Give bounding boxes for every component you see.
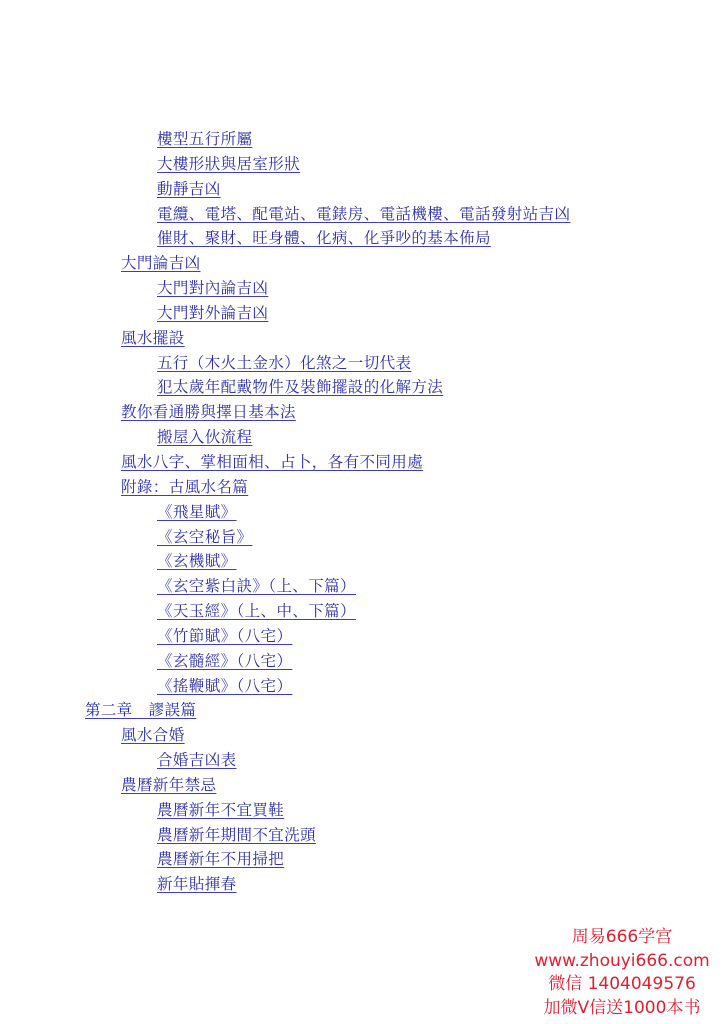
toc-section: 農曆新年禁忌	[0, 773, 724, 798]
toc-entry: 大樓形狀與居室形狀	[0, 152, 724, 177]
toc-section: 風水擺設	[0, 326, 724, 351]
toc-section-link[interactable]: 風水八字、掌相面相、占卜，各有不同用處	[121, 450, 423, 475]
toc-link[interactable]: 農曆新年不用掃把	[157, 847, 284, 872]
toc-entry: 五行（木火土金水）化煞之一切代表	[0, 351, 724, 376]
toc-link[interactable]: 農曆新年期間不宜洗頭	[157, 823, 316, 848]
toc-section: 大門論吉凶	[0, 251, 724, 276]
toc-link[interactable]: 大門對外論吉凶	[157, 301, 268, 326]
toc-link[interactable]: 《玄髓經》（八宅）	[157, 649, 292, 674]
toc-link[interactable]: 農曆新年不宜買鞋	[157, 798, 284, 823]
toc-entry: 農曆新年期間不宜洗頭	[0, 823, 724, 848]
toc-section: 教你看通勝與擇日基本法	[0, 400, 724, 425]
toc-section: 附錄：古風水名篇	[0, 475, 724, 500]
toc-section-link[interactable]: 附錄：古風水名篇	[121, 475, 248, 500]
toc-link[interactable]: 《竹節賦》（八宅）	[157, 624, 292, 649]
table-of-contents: 樓型五行所屬 大樓形狀與居室形狀 動靜吉凶 電纜、電塔、配電站、電錶房、電話機樓…	[0, 127, 724, 897]
toc-link[interactable]: 合婚吉凶表	[157, 748, 237, 773]
toc-section-link[interactable]: 風水擺設	[121, 326, 185, 351]
toc-link[interactable]: 大樓形狀與居室形狀	[157, 152, 300, 177]
toc-entry: 催財、聚財、旺身體、化病、化爭吵的基本佈局	[0, 226, 724, 251]
toc-link[interactable]: 《玄機賦》	[157, 549, 237, 574]
toc-section-link[interactable]: 農曆新年禁忌	[121, 773, 216, 798]
toc-entry: 《玄空紫白訣》（上、下篇）	[0, 574, 724, 599]
toc-entry: 《玄機賦》	[0, 549, 724, 574]
toc-entry: 大門對內論吉凶	[0, 276, 724, 301]
toc-entry: 《竹節賦》（八宅）	[0, 624, 724, 649]
toc-entry: 《搖鞭賦》（八宅）	[0, 674, 724, 699]
toc-entry: 《飛星賦》	[0, 500, 724, 525]
toc-entry: 《玄髓經》（八宅）	[0, 649, 724, 674]
chapter-heading-link[interactable]: 第二章 謬誤篇	[85, 698, 196, 723]
toc-link[interactable]: 《飛星賦》	[157, 500, 237, 525]
watermark-promo: 加微V信送1000本书	[520, 997, 724, 1021]
toc-entry: 搬屋入伙流程	[0, 425, 724, 450]
toc-link[interactable]: 電纜、電塔、配電站、電錶房、電話機樓、電話發射站吉凶	[157, 202, 570, 227]
toc-entry: 合婚吉凶表	[0, 748, 724, 773]
watermark-title: 周易666学宫	[520, 926, 724, 950]
toc-section: 風水八字、掌相面相、占卜，各有不同用處	[0, 450, 724, 475]
toc-link[interactable]: 樓型五行所屬	[157, 127, 252, 152]
toc-link[interactable]: 動靜吉凶	[157, 177, 221, 202]
toc-link[interactable]: 催財、聚財、旺身體、化病、化爭吵的基本佈局	[157, 226, 491, 251]
toc-entry: 犯太歲年配戴物件及裝飾擺設的化解方法	[0, 375, 724, 400]
toc-section: 風水合婚	[0, 723, 724, 748]
toc-entry: 電纜、電塔、配電站、電錶房、電話機樓、電話發射站吉凶	[0, 202, 724, 227]
toc-link[interactable]: 《玄空紫白訣》（上、下篇）	[157, 574, 356, 599]
toc-entry: 農曆新年不宜買鞋	[0, 798, 724, 823]
toc-entry: 農曆新年不用掃把	[0, 847, 724, 872]
toc-entry: 樓型五行所屬	[0, 127, 724, 152]
watermark-wechat: 微信 1404049576	[520, 973, 724, 997]
watermark: 周易666学宫 www.zhouyi666.com 微信 1404049576 …	[520, 926, 724, 1020]
toc-entry: 動靜吉凶	[0, 177, 724, 202]
toc-entry: 《玄空秘旨》	[0, 525, 724, 550]
toc-link[interactable]: 《玄空秘旨》	[157, 525, 252, 550]
toc-link[interactable]: 五行（木火土金水）化煞之一切代表	[157, 351, 411, 376]
toc-link[interactable]: 《搖鞭賦》（八宅）	[157, 674, 292, 699]
toc-entry: 新年貼揮春	[0, 872, 724, 897]
toc-link[interactable]: 《天玉經》（上、中、下篇）	[157, 599, 356, 624]
watermark-url: www.zhouyi666.com	[520, 950, 724, 974]
toc-link[interactable]: 新年貼揮春	[157, 872, 237, 897]
toc-link[interactable]: 搬屋入伙流程	[157, 425, 252, 450]
toc-section-link[interactable]: 教你看通勝與擇日基本法	[121, 400, 296, 425]
toc-section-link[interactable]: 大門論吉凶	[121, 251, 201, 276]
toc-entry: 大門對外論吉凶	[0, 301, 724, 326]
toc-link[interactable]: 犯太歲年配戴物件及裝飾擺設的化解方法	[157, 375, 443, 400]
toc-chapter: 第二章 謬誤篇	[0, 698, 724, 723]
toc-section-link[interactable]: 風水合婚	[121, 723, 185, 748]
toc-entry: 《天玉經》（上、中、下篇）	[0, 599, 724, 624]
toc-link[interactable]: 大門對內論吉凶	[157, 276, 268, 301]
